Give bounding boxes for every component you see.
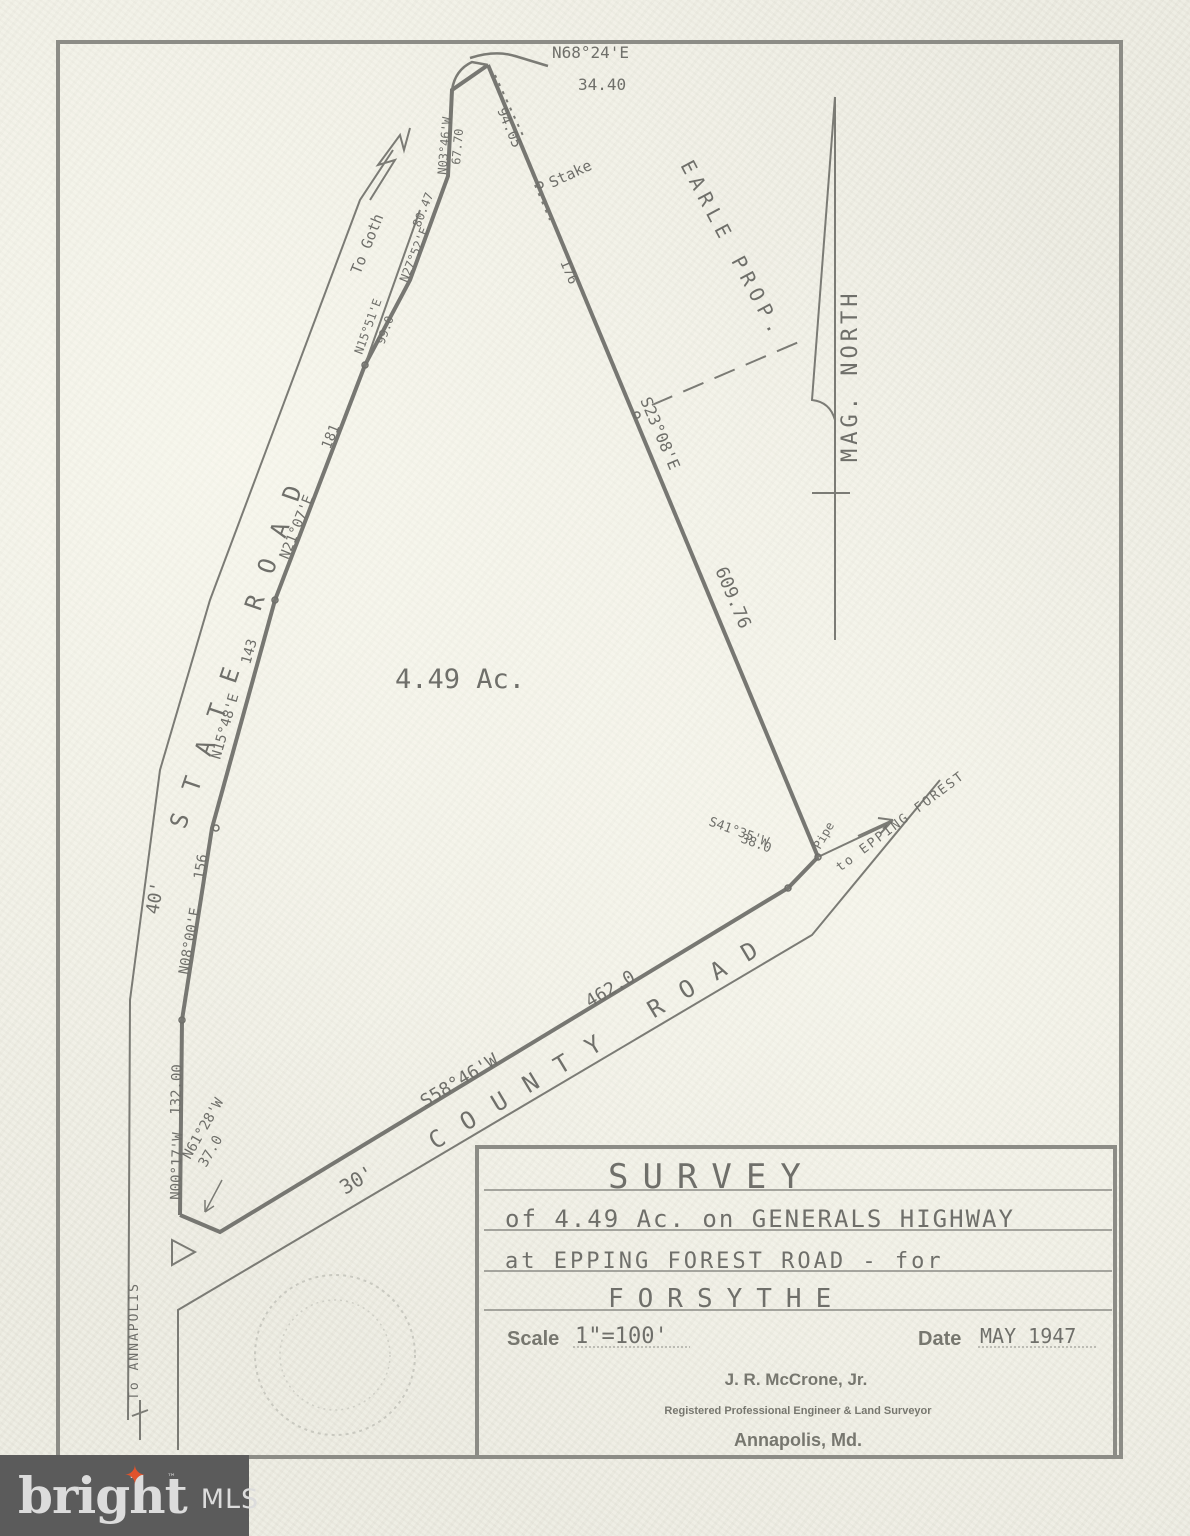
state-road-width: 40': [142, 880, 168, 916]
date-label: Date: [918, 1328, 961, 1350]
pipe-label: Pipe: [810, 819, 837, 851]
surveyor-location: Annapolis, Md.: [734, 1430, 862, 1450]
surveyor-name: J. R. McCrone, Jr.: [725, 1370, 868, 1389]
dotted-offset-line-2: [535, 185, 550, 220]
course-n68: N68°24'E: [552, 43, 629, 62]
course-s58-distance: 462.0: [582, 966, 639, 1012]
survey-plat-drawing: 4.49 Ac. SURVEY of 4.49 Ac. on GENERALS …: [0, 0, 1190, 1536]
course-s23-segment-94: 94.05: [493, 105, 524, 150]
course-n00-distance: 132.00: [168, 1064, 186, 1115]
county-road-width: 30': [335, 1160, 378, 1199]
trademark-symbol: ™: [167, 1473, 176, 1483]
title-line-1: of 4.49 Ac. on GENERALS HIGHWAY: [505, 1205, 1015, 1233]
title-survey: SURVEY: [608, 1157, 815, 1197]
stake-label: Stake: [546, 156, 595, 191]
to-annapolis-label: To ANNAPOLIS: [127, 1282, 142, 1400]
date-value: MAY 1947: [980, 1324, 1076, 1348]
surveyor-title: Registered Professional Engineer & Land …: [664, 1405, 932, 1417]
to-goth-arrow-icon: [370, 128, 410, 200]
to-epping-forest-label: to EPPING FOREST: [833, 769, 968, 876]
title-client: FORSYTHE: [608, 1284, 845, 1314]
adjoiner-dashed-line: [652, 338, 808, 405]
course-n08-bearing: N08°00'E: [176, 907, 203, 976]
title-line-2: at EPPING FOREST ROAD - for: [505, 1249, 944, 1274]
triangle-marker-icon: [172, 1240, 195, 1265]
area-label: 4.49 Ac.: [395, 664, 525, 695]
scale-label: Scale: [507, 1328, 559, 1350]
embossed-seal-inner: [280, 1300, 390, 1410]
county-road-name: COUNTY ROAD: [424, 925, 782, 1156]
brand-wordmark: bright: [18, 1466, 187, 1525]
course-n27-bearing: N27°52'E: [397, 225, 432, 284]
mag-north-label: MAG. NORTH: [838, 290, 863, 462]
course-s23-distance: 609.76: [710, 564, 755, 632]
course-n00-bearing: N00°17'W: [168, 1132, 186, 1201]
state-road-name: STATE ROAD: [164, 459, 316, 832]
state-road-west-edge: [128, 150, 393, 1420]
bright-mls-watermark: bright ✦ ™ MLS: [0, 1455, 249, 1536]
embossed-seal: [255, 1275, 415, 1435]
course-n68-distance: 34.40: [578, 75, 626, 94]
leader-arrow-icon: [205, 1180, 222, 1212]
star-icon: ✦: [124, 1461, 146, 1491]
brand-suffix: MLS: [201, 1484, 259, 1515]
scale-value: 1"=100': [575, 1324, 668, 1349]
course-n08-distance: 156: [191, 853, 211, 881]
adjoiner-label: EARLE PROP.: [676, 156, 790, 342]
to-annapolis-arrow-icon: [132, 1400, 148, 1440]
course-n03-distance: 67.70: [449, 128, 466, 165]
